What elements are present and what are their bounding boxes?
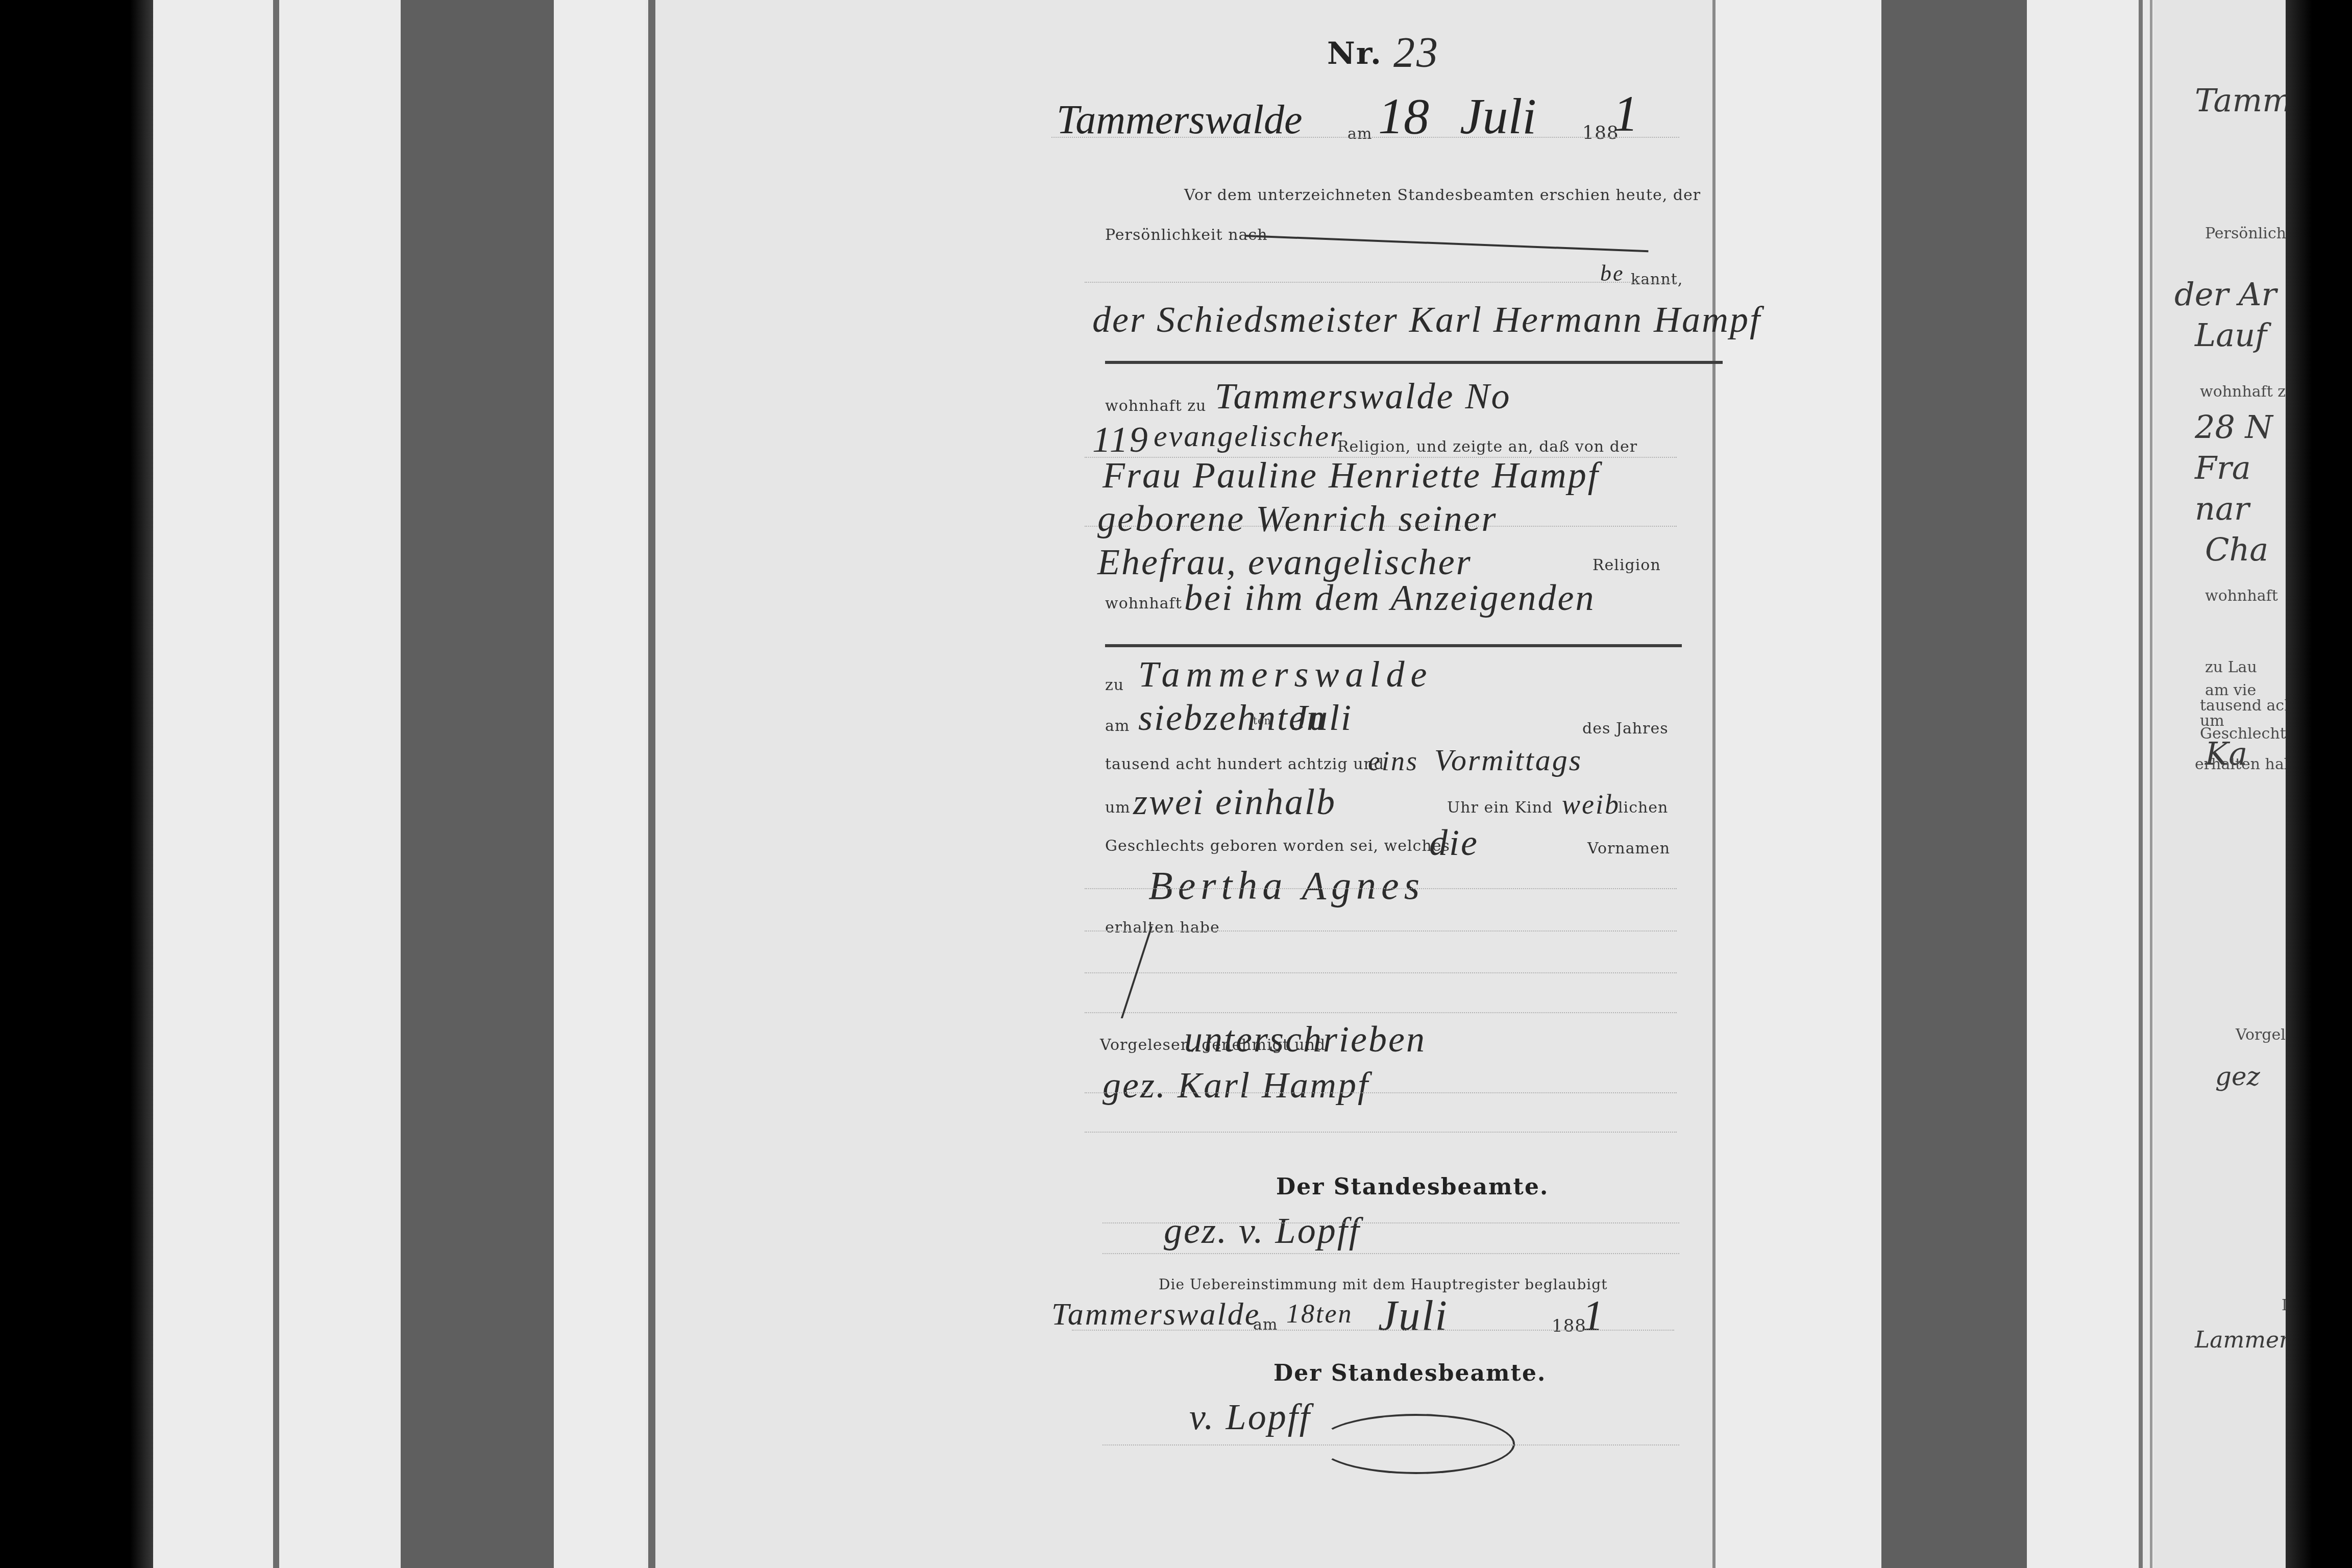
wohnhaft-zu-label: wohnhaft zu bbox=[1105, 397, 1206, 415]
rule bbox=[1102, 1222, 1679, 1223]
year-words-hand: eins bbox=[1368, 745, 1418, 777]
dark-band-left bbox=[401, 0, 554, 1568]
rule bbox=[1085, 888, 1677, 889]
neighbor-hand-line: Lauf bbox=[2195, 316, 2267, 354]
cert-day: 18ten bbox=[1286, 1299, 1353, 1329]
background-strip bbox=[153, 0, 276, 1568]
rule bbox=[1102, 1253, 1679, 1254]
divider-line bbox=[2139, 0, 2143, 1568]
cert-year-prefix: 188 bbox=[1552, 1316, 1586, 1336]
intro-text: Vor dem unterzeichneten Standesbeamten e… bbox=[1184, 186, 1701, 204]
signature-flourish bbox=[1317, 1414, 1515, 1474]
rule bbox=[1085, 1092, 1677, 1093]
birth-month: Juli bbox=[1291, 697, 1353, 739]
rule bbox=[1085, 1132, 1677, 1133]
film-vignette-left bbox=[0, 0, 153, 1568]
neighbor-page: Tamm Persönlichke der Ar Lauf wohnhaft z… bbox=[2154, 0, 2292, 1568]
neighbor-hand-line: Fra bbox=[2195, 449, 2251, 486]
neighbor-hand-line: 28 N bbox=[2195, 408, 2273, 446]
background-strip bbox=[1716, 0, 1881, 1568]
birth-place: Tammerswalde bbox=[1138, 653, 1433, 696]
mother-line-1: Frau Pauline Henriette Hampf bbox=[1102, 454, 1600, 497]
rule bbox=[1051, 137, 1679, 138]
film-vignette-right bbox=[2286, 0, 2352, 1568]
rule bbox=[1085, 972, 1677, 973]
neighbor-label: wohnhaft z bbox=[2200, 383, 2286, 401]
section-divider bbox=[1105, 361, 1723, 364]
mother-residence: bei ihm dem Anzeigenden bbox=[1184, 577, 1596, 619]
divider-line bbox=[2150, 0, 2152, 1568]
neighbor-hand-line: nar bbox=[2195, 490, 2249, 527]
year-words-print: tausend acht hundert achtzig und bbox=[1105, 755, 1384, 773]
official-title: Der Standesbeamte. bbox=[1276, 1174, 1549, 1200]
religion-clause: Religion, und zeigte an, daß von der bbox=[1337, 438, 1637, 456]
informant-residence: Tammerswalde No bbox=[1215, 375, 1511, 418]
neighbor-label: zu Lau bbox=[2205, 658, 2257, 676]
child-sex: weib bbox=[1562, 789, 1620, 820]
neighbor-label: erhalten habe bbox=[2195, 755, 2292, 773]
background-strip bbox=[279, 0, 402, 1568]
neighbor-label: Persönlichke bbox=[2205, 225, 2292, 242]
rule bbox=[1085, 930, 1677, 932]
um-label: um bbox=[1105, 799, 1131, 817]
birth-day-suffix: ten bbox=[1253, 715, 1271, 727]
background-strip bbox=[2027, 0, 2139, 1568]
record-number-label: Nr. bbox=[1327, 36, 1382, 71]
rule bbox=[1102, 1444, 1679, 1445]
bekannt-label: kannt, bbox=[1631, 271, 1683, 288]
cert-am-label: am bbox=[1253, 1316, 1278, 1334]
entry-year-suffix: 1 bbox=[1613, 84, 1638, 143]
informant-religion: evangelischer bbox=[1154, 419, 1343, 454]
section-divider bbox=[1105, 644, 1682, 647]
dark-band-right bbox=[1881, 0, 2027, 1568]
zu-label: zu bbox=[1105, 676, 1124, 694]
official-signature-2: v. Lopff bbox=[1189, 1396, 1311, 1438]
persoenlichkeit-label: Persönlichkeit nach bbox=[1105, 226, 1267, 244]
sex-suffix: lichen bbox=[1618, 799, 1668, 817]
official-title-2: Der Standesbeamte. bbox=[1273, 1360, 1546, 1386]
neighbor-label: wohnhaft bbox=[2205, 587, 2278, 605]
background-strip bbox=[554, 0, 646, 1568]
cert-month: Juli bbox=[1378, 1291, 1449, 1341]
rule bbox=[1085, 282, 1677, 283]
time-of-day: Vormittags bbox=[1434, 743, 1582, 778]
vorgelesen-hand: unterschrieben bbox=[1184, 1018, 1426, 1061]
neighbor-hand-line: gez bbox=[2215, 1062, 2260, 1091]
vornamen-label: Vornamen bbox=[1587, 840, 1670, 857]
informant-signature: gez. Karl Hampf bbox=[1102, 1064, 1369, 1107]
neighbor-hand-line: Lammerswalde bbox=[2195, 1327, 2292, 1353]
birth-time: zwei einhalb bbox=[1133, 781, 1336, 823]
mother-wohnhaft-label: wohnhaft bbox=[1105, 595, 1182, 612]
rule bbox=[1085, 1012, 1677, 1013]
mother-line-2: geborene Wenrich seiner bbox=[1097, 498, 1497, 540]
child-article: die bbox=[1429, 822, 1479, 864]
mother-religion-label: Religion bbox=[1592, 556, 1661, 574]
am-label: am bbox=[1347, 125, 1372, 143]
neighbor-place: Tamm bbox=[2195, 82, 2292, 119]
divider-line bbox=[273, 0, 279, 1568]
certification-text: Die Uebereinstimmung mit dem Hauptregist… bbox=[1159, 1276, 1607, 1293]
official-signature: gez. v. Lopff bbox=[1164, 1210, 1361, 1252]
informant-name: der Schiedsmeister Karl Hermann Hampf bbox=[1092, 299, 1761, 341]
rule bbox=[1072, 1330, 1674, 1331]
record-number: 23 bbox=[1393, 28, 1439, 78]
neighbor-hand-line: Cha bbox=[2205, 531, 2268, 568]
neighbor-hand-line: der Ar bbox=[2174, 276, 2276, 313]
cert-place: Tammerswalde bbox=[1051, 1296, 1260, 1333]
neighbor-label: Vorgele bbox=[2236, 1026, 2292, 1044]
am-label: am bbox=[1105, 717, 1130, 735]
des-jahres-label: des Jahres bbox=[1582, 720, 1669, 738]
child-names: Bertha Agnes bbox=[1148, 863, 1425, 909]
cert-year-suffix: 1 bbox=[1582, 1291, 1605, 1341]
uhr-kind-label: Uhr ein Kind bbox=[1447, 799, 1553, 817]
geschlechts-text: Geschlechts geboren worden sei, welches bbox=[1105, 837, 1450, 855]
